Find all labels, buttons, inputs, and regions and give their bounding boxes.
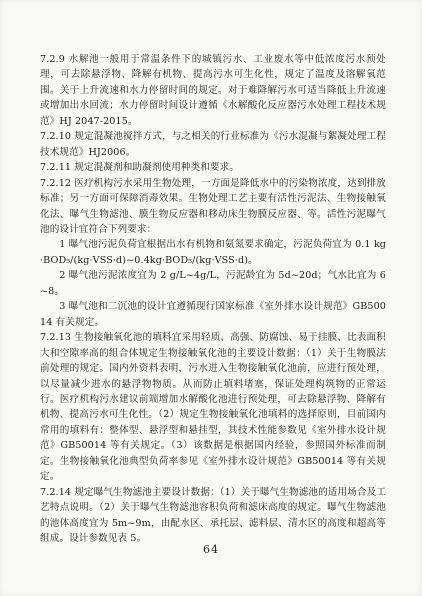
page-body-text: 7.2.9 水解池一般用于常温条件下的城镇污水、工业废水等中低浓度污水预处理，可… bbox=[40, 52, 386, 547]
clause-7-2-12-item-1: 1 曝气池污泥负荷宜根据出水有机物和氨氮要求确定，污泥负荷宜为 0.1 kg·B… bbox=[40, 237, 386, 268]
document-page: 7.2.9 水解池一般用于常温条件下的城镇污水、工业废水等中低浓度污水预处理，可… bbox=[0, 0, 422, 596]
clause-7-2-12-item-2: 2 曝气池污泥浓度宜为 2 g/L~4g/L，污泥龄宜为 5d~20d；气水比宜… bbox=[40, 268, 386, 299]
clause-7-2-9: 7.2.9 水解池一般用于常温条件下的城镇污水、工业废水等中低浓度污水预处理，可… bbox=[40, 52, 386, 129]
clause-7-2-14: 7.2.14 规定曝气生物滤池主要设计数据：（1）关于曝气生物滤池的适用场合及工… bbox=[40, 485, 386, 547]
clause-7-2-12: 7.2.12 医疗机构污水采用生物处理，一方面是降低水中的污染物浓度，达到排放标… bbox=[40, 176, 386, 238]
clause-7-2-11: 7.2.11 规定混凝剂和助凝剂使用种类和要求。 bbox=[40, 160, 386, 175]
clause-7-2-13: 7.2.13 生物接触氧化池的填料宜采用轻质、高强、防腐蚀、易于挂膜、比表面积大… bbox=[40, 330, 386, 485]
page-number: 64 bbox=[0, 543, 422, 556]
clause-7-2-10: 7.2.10 规定混凝池搅拌方式，与之相关的行业标准为《污水混凝与絮凝处理工程技… bbox=[40, 129, 386, 160]
clause-7-2-12-item-3: 3 曝气池和二沉池的设计宜遵循现行国家标准《室外排水设计规范》GB50014 有… bbox=[40, 299, 386, 330]
